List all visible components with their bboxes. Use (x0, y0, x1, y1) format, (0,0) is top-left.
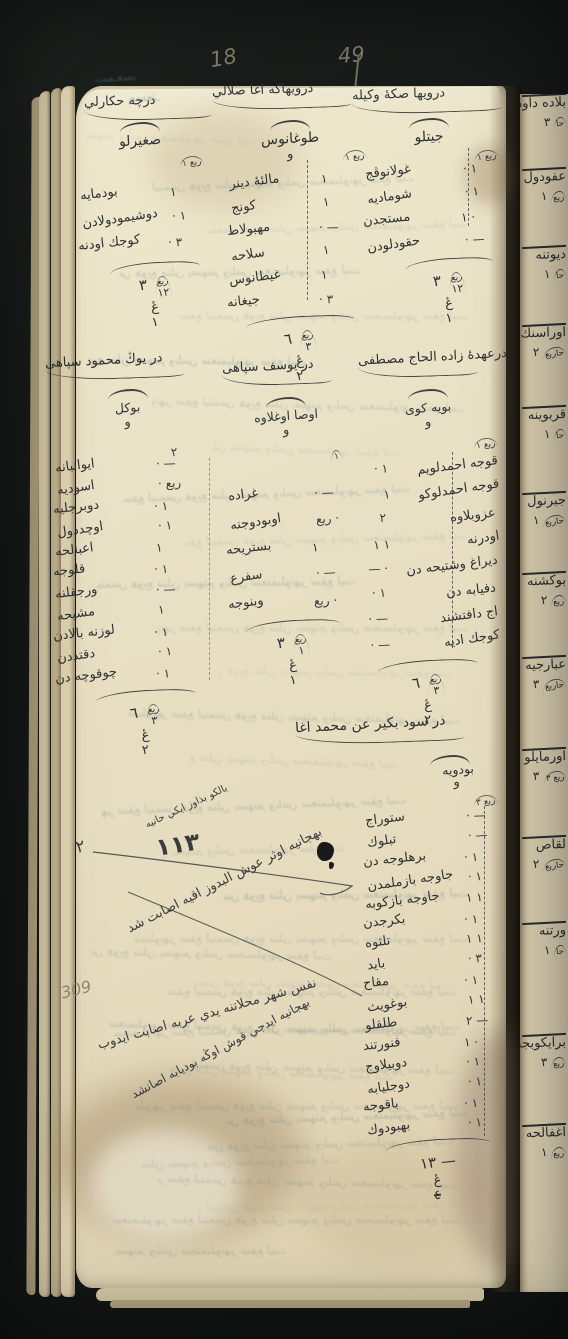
faint-scribble: ىسعـمت (95, 69, 138, 86)
entry-name: طلقلو (364, 1015, 398, 1034)
entry-name: ايوانبانه (54, 456, 95, 476)
entry-name: مقاح (362, 974, 389, 992)
entry-name: بايد (366, 955, 386, 972)
dashed-rule (468, 148, 469, 226)
fragment-label: ريع ٣ (543, 770, 566, 784)
fragment-label: حاريع (543, 858, 567, 872)
neighbor-fragment: برايكوبجهريع٣ (520, 1034, 566, 1070)
total-main: ٣ (138, 276, 148, 295)
entry-name: باقوجه (362, 1096, 399, 1115)
register-column: طوغانوس و ريع ١ مالئهٔ دينر١كونج١مهبولاط… (215, 120, 365, 162)
entry-value-marks: · ١ (172, 207, 203, 223)
entry-value-marks: ريع · (316, 510, 347, 526)
column-totals: ٣ ريع١٢ عٔ ١ (110, 262, 200, 330)
entry-value-marks: · — (314, 484, 344, 499)
entry-value-marks: ريع · (314, 592, 344, 607)
fragment-value: ٣ (532, 677, 539, 691)
total-side: ريع١٢ (154, 275, 172, 299)
entry-name: بستريحه (225, 538, 272, 558)
entry-list: بودمايه١دوشيمودولادن· ١كوجك اودنه· ٣ (80, 180, 200, 255)
fragment-value: ٢ (540, 593, 547, 607)
fragment-value: ١ (543, 427, 550, 441)
entry-name: جاوجه بازكوبه (364, 888, 440, 912)
fragment-value: ١ (540, 1145, 547, 1159)
entry-value-marks: · ريع (158, 475, 189, 491)
total-main: ٦ (129, 704, 139, 723)
entry-value-marks: ١ (170, 183, 200, 198)
total-main: ٦ (411, 674, 421, 693)
entry-name: دوشيمودولادن (81, 206, 158, 232)
entry-name: ستوراج (364, 809, 405, 829)
fragment-label: حا (554, 944, 567, 957)
total-main: ٣ (432, 272, 442, 291)
entry-name: وبنوجه (227, 593, 264, 612)
entry-value-marks: ١ ١ (360, 537, 391, 553)
entry-name: لوزنه بالادن (52, 622, 115, 644)
dashed-rule (307, 160, 308, 300)
entry-name: بودمايه (79, 184, 118, 203)
column-totals: ٦ ريع٣ عٔ ٢ (95, 690, 196, 758)
entry-name: بهبودوك (366, 1117, 411, 1138)
page-edge-strip (61, 86, 75, 1297)
entry-value-marks: · — (358, 611, 388, 626)
neighbor-fragment: جبرنولحاريع١ (520, 492, 566, 528)
entry-name: اوچددول (56, 519, 104, 541)
total-rule (385, 1137, 490, 1152)
entry-value-marks: ١ (321, 171, 351, 186)
folio-number-recto: 49 (337, 42, 366, 68)
fragment-label: ريع (550, 1056, 566, 1070)
entry-value-marks: · ٣ (168, 234, 198, 249)
entry-list: غراده· —اوبودوجنهريع ·بستريحه١سفرع· —وبن… (228, 480, 344, 615)
entry-list: مالئهٔ دينر١كونج١مهبولاط· —سلاحه١غيطانوس… (229, 168, 351, 312)
entry-name: قلوجه (52, 561, 86, 579)
total-side: ريع٣ (427, 673, 445, 697)
total-rule (378, 658, 478, 672)
fragment-value: ٣ (540, 1055, 547, 1069)
entry-name: مشيحه (56, 604, 96, 624)
column-totals: ١٣ — عٔ ٤ (385, 1139, 490, 1203)
title-phrase: درچه حكارلي (84, 93, 212, 120)
book-scan: سعتمبلونهر سقع ليتمس هوبع متلن يسهتم وبل… (0, 0, 568, 1339)
fragment-word: قربوينه (520, 407, 566, 424)
entry-value-marks: · — (316, 564, 347, 580)
entry-name: مالئهٔ دينر (228, 171, 280, 192)
entry-value-marks: · — (360, 637, 391, 653)
page-edge-strip (51, 88, 61, 1297)
fragment-word: بلاده داود (520, 95, 566, 112)
entry-value-marks: · ٣ (319, 292, 349, 307)
fragment-value: ٢ (532, 857, 539, 871)
entry-list: ايوانبانه· —اسوديه· ريعدوبرجليه· ١اوچددو… (55, 454, 186, 685)
fragment-label: حا (554, 116, 567, 129)
entry-name: بوغويث (366, 994, 408, 1015)
entry-name: سفرع (229, 567, 263, 587)
entry-value-marks: ١ (323, 241, 354, 257)
total-rule (110, 260, 200, 274)
entry-name: حقودلودن (366, 233, 421, 256)
register-column: درعهدهٔ زاده الحاج مصطفى بويه كوى و ريع … (358, 350, 498, 430)
entry-value-marks: · — (319, 220, 349, 235)
entry-value-marks: · ١ (154, 624, 184, 639)
fragment-label: ريع (550, 1146, 566, 1160)
entry-name: برهلوجه دن (362, 848, 426, 870)
page-edge-strip-bottom (110, 1300, 470, 1308)
entry-value-marks: · ١ (356, 585, 386, 600)
register-column: در سود بكير عن محمد اغا بودويه و ريع ٣ س… (295, 715, 500, 796)
entry-name: تبلوك (366, 831, 397, 850)
total-main: ٣ (276, 634, 286, 653)
fragment-label: حا (554, 268, 567, 281)
dashed-rule (452, 452, 453, 648)
entry-name: غراده (227, 486, 259, 505)
entry-value-marks: ١ (158, 601, 189, 617)
total-side: ريع١٢ (448, 271, 466, 295)
fragment-label: ريع (550, 190, 566, 204)
entry-name: ورجقلنه (54, 582, 98, 602)
entry-value-marks: · ١ (358, 461, 388, 476)
neighbor-fragment: عبارجيهحاريع٣ (520, 656, 566, 692)
fragment-value: ١ (543, 267, 550, 281)
entry-name: مستجدن (362, 209, 411, 229)
column-totals: ٣ ريع١ عٔ ١ (246, 620, 340, 688)
entry-name: چوقوچه دن (54, 664, 118, 686)
total-side: ريع٣ (145, 703, 163, 727)
fragment-word: اوراسنك (520, 325, 566, 342)
entry-name: اسوديه (56, 478, 95, 498)
fragment-word: ديوتنه (520, 247, 566, 264)
fragment-value: ١ (543, 943, 550, 957)
register-column: در يوسف سپاهى اوصا اوغلاوه و ١ غراده· —ا… (222, 358, 350, 438)
entry-name: سلاحه (230, 245, 265, 265)
entry-name: مهبولاط (226, 219, 270, 239)
entry-name: دوبيلاوج (364, 1055, 408, 1075)
entry-value-marks: · ١ (158, 517, 189, 533)
register-column: در يوڭ محمود سپاهى بوكل و ٢ ايوانبانه· —… (45, 352, 210, 430)
fragment-word: عبارجيه (520, 657, 566, 674)
entry-value-marks: · — (156, 455, 186, 470)
entry-name: جيغانه (226, 292, 260, 310)
total-rule (405, 256, 493, 270)
entry-value-marks: ١ (321, 267, 351, 282)
dashed-rule (209, 458, 210, 680)
title-phrase: درويهاكه اغا صلالي (212, 82, 352, 109)
neighbor-fragment: ورتنهحا١ (520, 922, 566, 958)
total-side: ريع٣ (299, 329, 317, 353)
entry-name: قوجه احمدلويم (416, 453, 498, 478)
total-rule (95, 688, 196, 703)
fragment-word: ورتنه (520, 923, 566, 940)
neighbor-page: بلاده داودحا٣عفودولريع١ديوتنهحا١اوراسنكح… (520, 94, 568, 1292)
fragment-value: ٢ (532, 345, 539, 359)
neighbor-fragment: عفودولريع١ (520, 168, 566, 204)
heading-flourish (222, 371, 332, 387)
page-edge-strip (39, 91, 50, 1297)
entry-name: غيطانوس (228, 267, 281, 288)
entry-row: كوجك اودنه· ٣ (78, 229, 198, 257)
fragment-label: ريع (550, 594, 566, 608)
neighbor-fragment: لقاصحاريع٢ (520, 836, 566, 872)
fragment-word: برايكوبجه (520, 1035, 566, 1052)
fragment-word: اورمايلو (520, 749, 566, 766)
entry-name: بكرجدن (362, 911, 406, 930)
total-main: ١٣ — (419, 1151, 457, 1173)
entry-name: دوبرجليه (52, 497, 99, 517)
fragment-word: اغفالحه (520, 1125, 566, 1142)
total-main: ٦ (283, 330, 293, 349)
entry-list: غولانوڤج· ١شوماديه· ١مستجدن١ ·حقودلودن· … (365, 158, 493, 254)
entry-value-marks: · ١ (156, 665, 186, 680)
register-column: صغيرلو ريع ١ بودمايه١دوشيمودولادن· ١كوجك… (80, 122, 200, 149)
fragment-word: بوكشنه (520, 573, 566, 590)
fragment-value: ١ (532, 513, 539, 527)
entry-name: كوجك اودنه (77, 232, 141, 254)
neighbor-fragment: بلاده داودحا٣ (520, 94, 566, 130)
fragment-word: لقاص (520, 837, 566, 854)
column-header: صغيرلو (80, 130, 201, 152)
dashed-rule (484, 806, 485, 1136)
fragment-label: حاريع (543, 678, 567, 692)
entry-name: اوبودوجنه (229, 511, 282, 533)
entry-row: جيغانه· ٣ (227, 287, 349, 314)
column-header: جيتلو (365, 126, 494, 149)
entry-value-marks: · ١ (154, 561, 184, 576)
fragment-label: حاريع (543, 514, 567, 528)
entry-name: كونج (230, 198, 257, 216)
entry-value-marks: ٢ (356, 510, 386, 525)
total-rule (246, 618, 340, 632)
column-totals: ٣ ريع١٢ عٔ ١ (405, 258, 493, 326)
fragment-value: ٣ (533, 769, 540, 783)
entry-value-marks: — · (358, 561, 388, 576)
neighbor-fragment: بوكشنهريع٢ (520, 572, 566, 608)
entry-value-marks: ١ · (461, 210, 491, 225)
entry-value-marks: ١ (323, 193, 354, 209)
entry-list: ستوراج· —تبلوك· —برهلوجه دن· ١جاوجه بازم… (365, 807, 496, 1135)
neighbor-fragment: اورمايلوريع ٣٣ (520, 748, 566, 784)
entry-value-marks: ١ (312, 539, 342, 554)
entry-row: غيطانوس١ (229, 262, 352, 290)
fragment-word: عفودول (520, 169, 566, 186)
folio-number-verso: 18 (208, 44, 238, 72)
entry-name: دقتددن (56, 646, 96, 666)
title-phrase: درويها صكهٔ وكيله (352, 86, 502, 113)
entry-list: قوجه احمدلويم· ١قوجه احمدلوكو١عزوبلاوه٢ا… (358, 454, 498, 654)
register-column: جيتلو ريع ١ غولانوڤج· ١شوماديه· ١مستجدن١… (365, 118, 493, 145)
entry-value-marks: ١ (360, 487, 391, 503)
neighbor-fragment: اوراسنكحاريع٢ (520, 324, 566, 360)
fragment-value: ٣ (543, 115, 550, 129)
entry-name: تلثوه (364, 933, 391, 951)
total-rule (245, 314, 355, 329)
entry-value-marks: · — (156, 581, 186, 596)
total-side: ريع١ (292, 633, 310, 657)
fragment-label: حا (554, 428, 567, 441)
neighbor-fragment: قربوينهحا١ (520, 406, 566, 442)
entry-value-marks: · ١ (158, 643, 189, 659)
fragment-label: حاريع (543, 346, 567, 360)
entry-value-marks: · ١ (154, 498, 184, 513)
entry-row: وبنوجهريع · (228, 586, 345, 617)
entry-name: فنورتند (362, 1034, 401, 1053)
entry-value-marks: ١ (156, 539, 186, 554)
gutter-shadow (489, 86, 521, 1292)
fragment-value: ١ (540, 189, 547, 203)
neighbor-fragment: اغفالحهريع١ (520, 1124, 566, 1160)
entry-row: چوقوچه دن· ١ (55, 662, 187, 688)
entry-name: شوماديه (366, 186, 413, 207)
neighbor-fragment: ديوتنهحا١ (520, 246, 566, 282)
entry-name: غولانوڤج (364, 161, 411, 181)
entry-name: اعبالحه (54, 540, 94, 560)
fragment-word: جبرنول (520, 493, 566, 510)
